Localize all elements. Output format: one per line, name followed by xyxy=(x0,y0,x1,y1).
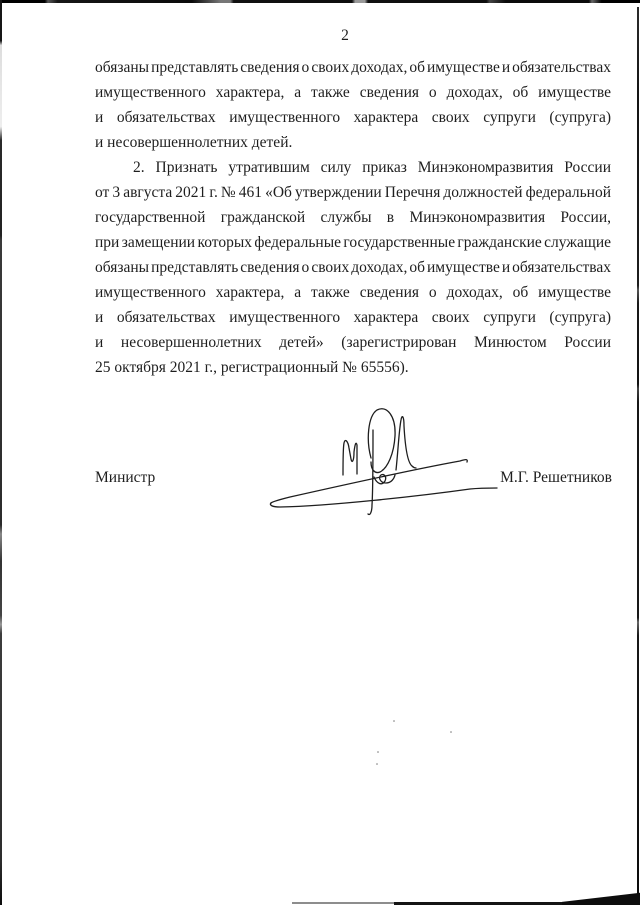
body-line: и обязательствах имущественного характер… xyxy=(95,105,611,130)
scan-speck xyxy=(376,763,378,765)
body-line: и несовершеннолетних детей» (зарегистрир… xyxy=(95,330,611,355)
scan-speck xyxy=(450,731,452,733)
signer-name: М.Г. Решетников xyxy=(500,465,612,490)
body-line: и обязательствах имущественного характер… xyxy=(95,305,611,330)
body-line: государственной гражданской службы в Мин… xyxy=(95,205,611,230)
scanned-document-page: 2 обязаны представлять сведения о своих … xyxy=(0,0,640,905)
scan-speck xyxy=(377,751,379,753)
scan-speck xyxy=(393,720,395,722)
body-line: имущественного характера, а также сведен… xyxy=(95,80,611,105)
minister-title: Министр xyxy=(95,465,155,490)
handwritten-signature-icon xyxy=(255,398,505,523)
scan-edge-top xyxy=(0,0,640,3)
body-line: имущественного характера, а также сведен… xyxy=(95,280,611,305)
body-line: обязаны представлять сведения о своих до… xyxy=(95,255,611,280)
body-line: обязаны представлять сведения о своих до… xyxy=(95,55,611,80)
scan-edge-bottom-wedge xyxy=(562,892,640,905)
scan-edge-bottom xyxy=(394,902,566,905)
body-line: при замещении которых федеральные госуда… xyxy=(95,230,611,255)
text-column: обязаны представлять сведения о своих до… xyxy=(95,55,611,380)
scan-edge-right xyxy=(637,7,640,905)
page-number: 2 xyxy=(87,26,603,46)
scan-edge-bottom xyxy=(292,902,396,904)
body-line: 25 октября 2021 г., регистрационный № 65… xyxy=(95,355,611,380)
scan-edge-left xyxy=(0,0,2,905)
body-line: от 3 августа 2021 г. № 461 «Об утвержден… xyxy=(95,180,611,205)
body-line: 2. Признать утратившим силу приказ Минэк… xyxy=(95,155,611,180)
body-line: и несовершеннолетних детей. xyxy=(95,130,611,155)
